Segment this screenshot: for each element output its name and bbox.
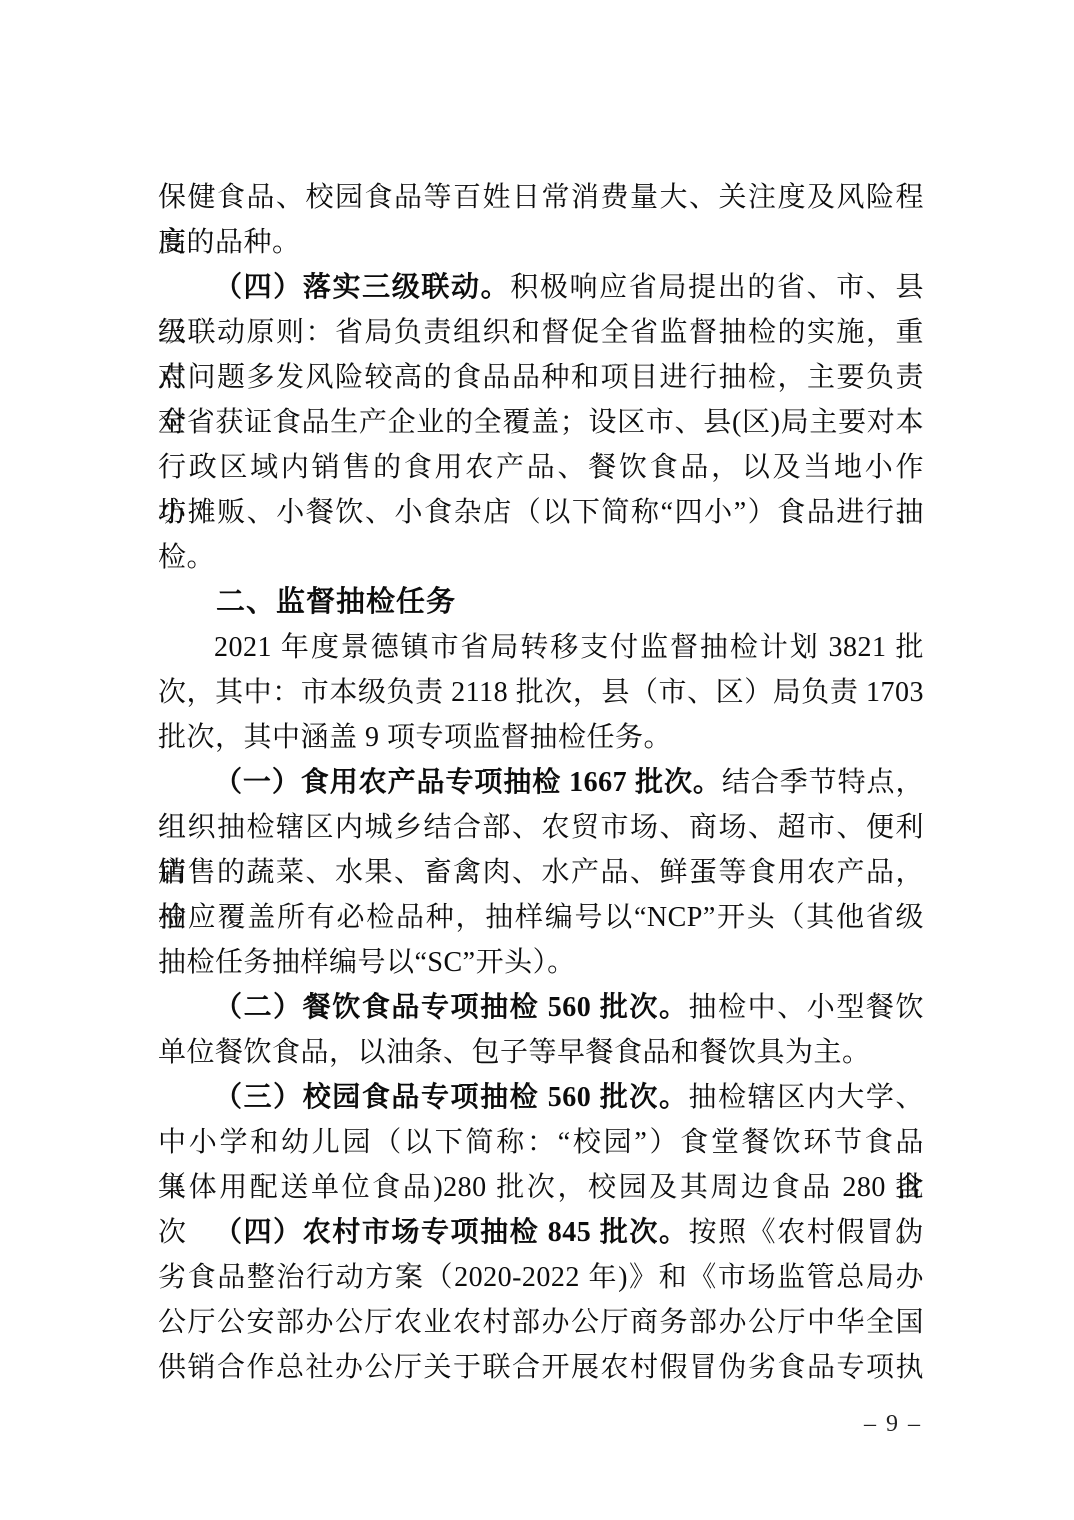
text-line: 集体用配送单位食品)280 批次，校园及其周边食品 280 批次。 <box>158 1165 924 1210</box>
text-line: 级联动原则：省局负责组织和督促全省监督抽检的实施，重点 <box>158 310 924 355</box>
bold-lead-text: 二、监督抽检任务 <box>216 586 456 618</box>
body-text: 结合季节特点， <box>722 767 924 798</box>
text-line: 2021 年度景德镇市省局转移支付监督抽检计划 3821 批 <box>158 625 924 670</box>
body-text: 全省获证食品生产企业的全覆盖；设区市、县(区)局主要对本 <box>158 407 924 438</box>
bold-lead-text: （三）校园食品专项抽检 560 批次。 <box>214 1082 689 1113</box>
text-line: 检。 <box>158 535 924 580</box>
document-page: 保健食品、校园食品等百姓日常消费量大、关注度及风险程度高的品种。（四）落实三级联… <box>0 0 1074 1520</box>
text-line: 供销合作总社办公厅关于联合开展农村假冒伪劣食品专项执 <box>158 1345 924 1390</box>
body-text: 抽检中、小型餐饮 <box>689 992 924 1023</box>
text-line: （一）食用农产品专项抽检 1667 批次。结合季节特点， <box>158 760 924 805</box>
body-text: 按照《农村假冒伪 <box>689 1217 924 1248</box>
body-text: 检。 <box>158 542 215 573</box>
bold-lead-text: （一）食用农产品专项抽检 1667 批次。 <box>214 767 722 798</box>
section-heading: 二、监督抽检任务 <box>158 580 924 625</box>
text-line: 行政区域内销售的食用农产品、餐饮食品，以及当地小作坊、 <box>158 445 924 490</box>
text-line: 单位餐饮食品，以油条、包子等早餐食品和餐饮具为主。 <box>158 1030 924 1075</box>
text-line: 小摊贩、小餐饮、小食杂店（以下简称“四小”）食品进行抽 <box>158 490 924 535</box>
body-text: 次，其中：市本级负责 2118 批次，县（市、区）局负责 1703 <box>158 677 924 708</box>
bold-lead-text: （二）餐饮食品专项抽检 560 批次。 <box>214 992 689 1023</box>
body-text: 抽检任务抽样编号以“SC”开头）。 <box>158 947 576 978</box>
text-line: （三）校园食品专项抽检 560 批次。抽检辖区内大学、 <box>158 1075 924 1120</box>
body-text: 批次，其中涵盖 9 项专项监督抽检任务。 <box>158 722 672 753</box>
body-text: 高的品种。 <box>158 227 301 258</box>
text-line: 保健食品、校园食品等百姓日常消费量大、关注度及风险程度 <box>158 175 924 220</box>
text-line: 高的品种。 <box>158 220 924 265</box>
page-number: – 9 – <box>864 1411 922 1437</box>
text-line: 检应覆盖所有必检品种，抽样编号以“NCP”开头（其他省级 <box>158 895 924 940</box>
bold-lead-text: （四）落实三级联动。 <box>214 272 510 303</box>
body-text: 单位餐饮食品，以油条、包子等早餐食品和餐饮具为主。 <box>158 1037 871 1068</box>
text-line: 销售的蔬菜、水果、畜禽肉、水产品、鲜蛋等食用农产品，抽 <box>158 850 924 895</box>
text-line: （四）落实三级联动。积极响应省局提出的省、市、县三 <box>158 265 924 310</box>
text-line: 抽检任务抽样编号以“SC”开头）。 <box>158 940 924 985</box>
text-line: 次，其中：市本级负责 2118 批次，县（市、区）局负责 1703 <box>158 670 924 715</box>
text-line: 对问题多发风险较高的食品品种和项目进行抽检，主要负责对 <box>158 355 924 400</box>
body-text: 抽检辖区内大学、 <box>689 1082 924 1113</box>
body-text: 供销合作总社办公厅关于联合开展农村假冒伪劣食品专项执 <box>158 1352 924 1383</box>
body-text: 检应覆盖所有必检品种，抽样编号以“NCP”开头（其他省级 <box>158 902 924 933</box>
page-footer: – 9 – <box>0 1408 922 1440</box>
text-line: 组织抽检辖区内城乡结合部、农贸市场、商场、超市、便利店 <box>158 805 924 850</box>
text-line: 全省获证食品生产企业的全覆盖；设区市、县(区)局主要对本 <box>158 400 924 445</box>
body-text: 2021 年度景德镇市省局转移支付监督抽检计划 3821 批 <box>214 632 924 663</box>
text-line: 批次，其中涵盖 9 项专项监督抽检任务。 <box>158 715 924 760</box>
body-text: 劣食品整治行动方案（2020-2022 年)》和《市场监管总局办 <box>158 1262 924 1293</box>
text-line: 劣食品整治行动方案（2020-2022 年)》和《市场监管总局办 <box>158 1255 924 1300</box>
bold-lead-text: （四）农村市场专项抽检 845 批次。 <box>214 1217 689 1248</box>
text-line: 中小学和幼儿园（以下简称：“校园”）食堂餐饮环节食品（含 <box>158 1120 924 1165</box>
text-line: 公厅公安部办公厅农业农村部办公厅商务部办公厅中华全国 <box>158 1300 924 1345</box>
body-text: 小摊贩、小餐饮、小食杂店（以下简称“四小”）食品进行抽 <box>158 497 924 528</box>
text-line: （四）农村市场专项抽检 845 批次。按照《农村假冒伪 <box>158 1210 924 1255</box>
body-text: 公厅公安部办公厅农业农村部办公厅商务部办公厅中华全国 <box>158 1307 924 1338</box>
document-body: 保健食品、校园食品等百姓日常消费量大、关注度及风险程度高的品种。（四）落实三级联… <box>158 175 924 1390</box>
text-line: （二）餐饮食品专项抽检 560 批次。抽检中、小型餐饮 <box>158 985 924 1030</box>
